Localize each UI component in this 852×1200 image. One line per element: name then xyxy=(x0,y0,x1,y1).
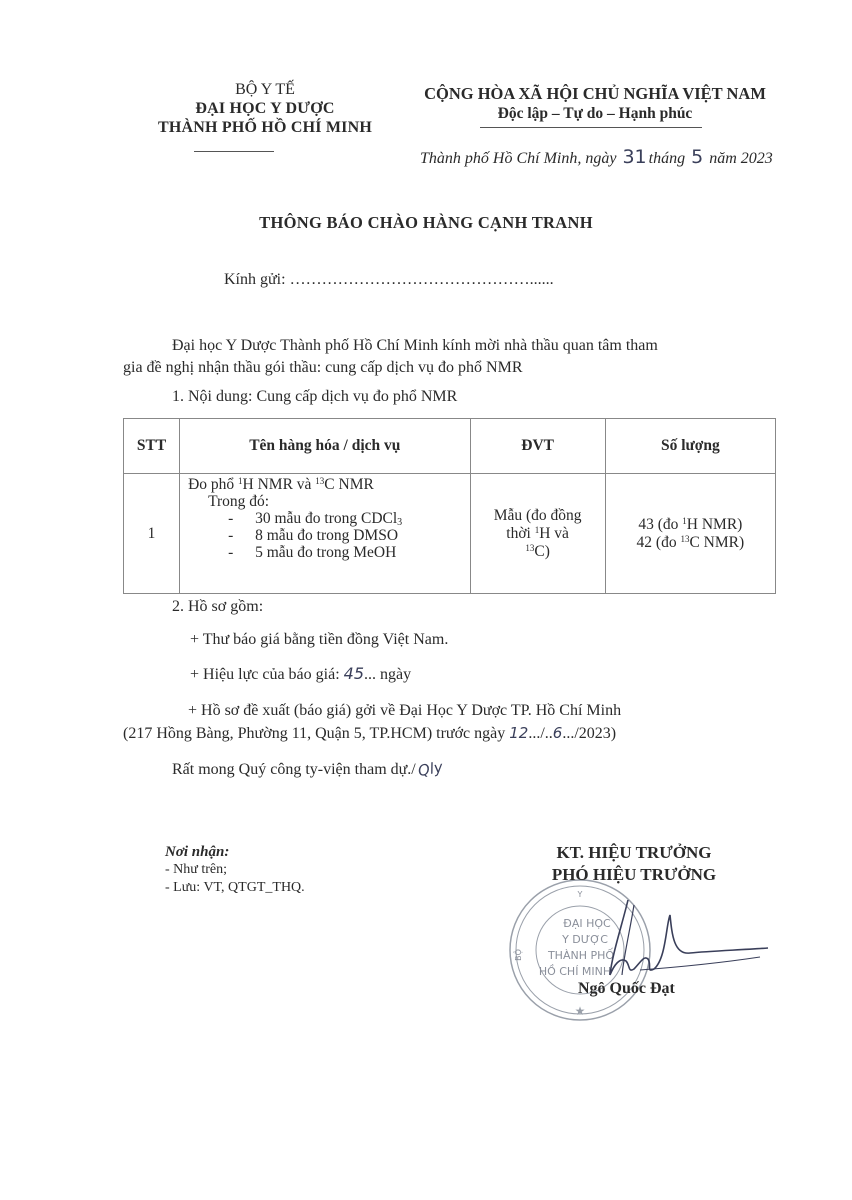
svg-text:BỘ: BỘ xyxy=(512,949,523,961)
cell-stt: 1 xyxy=(124,474,180,594)
nation-motto: Độc lập – Tự do – Hạnh phúc xyxy=(385,104,805,124)
requirement-item-2: + Hiệu lực của báo giá: 45... ngày xyxy=(190,663,411,686)
ministry-name: BỘ Y TẾ xyxy=(110,80,420,99)
item-title: Đo phổ 1H NMR và 13C NMR xyxy=(188,476,469,493)
header-item-name: Tên hàng hóa / dịch vụ xyxy=(180,419,470,474)
table-header-row: STT Tên hàng hóa / dịch vụ ĐVT Số lượng xyxy=(124,419,776,474)
requirement-item-3-address: (217 Hồng Bàng, Phường 11, Quận 5, TP.HC… xyxy=(123,722,616,745)
signer-title-1: KT. HIỆU TRƯỞNG xyxy=(500,842,768,864)
list-item: -5 mẫu đo trong MeOH xyxy=(188,544,469,561)
signature-block: KT. HIỆU TRƯỞNG PHÓ HIỆU TRƯỞNG xyxy=(500,842,768,886)
svg-text:★: ★ xyxy=(575,1004,586,1018)
validity-days-handwritten: 45 xyxy=(344,664,364,683)
date-month-handwritten: 5 xyxy=(689,146,705,168)
requirement-item-3: + Hồ sơ đề xuất (báo giá) gởi về Đại Học… xyxy=(188,700,621,722)
signer-name: Ngô Quốc Đạt xyxy=(578,980,675,998)
requirement-item-1: + Thư báo giá bằng tiền đồng Việt Nam. xyxy=(190,629,448,651)
signer-title-2: PHÓ HIỆU TRƯỞNG xyxy=(500,864,768,886)
recipient-item: - Lưu: VT, QTGT_THQ. xyxy=(165,879,305,897)
initials-handwritten: Qly xyxy=(416,756,444,782)
header-divider-left xyxy=(194,151,274,152)
recipient-item: - Như trên; xyxy=(165,861,305,879)
item-subtitle: Trong đó: xyxy=(188,493,469,510)
cell-item-name: Đo phổ 1H NMR và 13C NMR Trong đó: -30 m… xyxy=(180,474,470,594)
nation-title: CỘNG HÒA XÃ HỘI CHỦ NGHĨA VIỆT NAM xyxy=(385,84,805,104)
header-unit: ĐVT xyxy=(470,419,605,474)
closing-line: Rất mong Quý công ty-viện tham dự./Qly xyxy=(172,758,443,781)
deadline-day-handwritten: 12 xyxy=(509,724,528,742)
section-2-heading: 2. Hồ sơ gồm: xyxy=(172,596,263,618)
intro-line-1: Đại học Y Dược Thành phố Hồ Chí Minh kín… xyxy=(172,335,658,357)
list-item: -30 mẫu đo trong CDCl3 xyxy=(188,510,469,527)
header-quantity: Số lượng xyxy=(605,419,775,474)
header-stt: STT xyxy=(124,419,180,474)
section-1-heading: 1. Nội dung: Cung cấp dịch vụ đo phổ NMR xyxy=(172,386,457,408)
items-table: STT Tên hàng hóa / dịch vụ ĐVT Số lượng … xyxy=(123,418,776,594)
recipients-title: Nơi nhận: xyxy=(165,843,305,861)
recipients-block: Nơi nhận: - Như trên; - Lưu: VT, QTGT_TH… xyxy=(165,843,305,897)
cell-unit: Mẫu (đo đồng thời 1H và 13C) xyxy=(470,474,605,594)
cell-quantity: 43 (đo 1H NMR) 42 (đo 13C NMR) xyxy=(605,474,775,594)
date-prefix: Thành phố Hồ Chí Minh, ngày xyxy=(420,150,616,167)
table-row: 1 Đo phổ 1H NMR và 13C NMR Trong đó: -30… xyxy=(124,474,776,594)
year-label: năm 2023 xyxy=(709,150,773,167)
date-line: Thành phố Hồ Chí Minh, ngày 31tháng 5 nă… xyxy=(420,146,773,168)
header-divider-right xyxy=(480,127,702,128)
deadline-month-handwritten: 6 xyxy=(553,724,563,742)
svg-text:Y: Y xyxy=(577,890,583,899)
organization-header: BỘ Y TẾ ĐẠI HỌC Y DƯỢC THÀNH PHỐ HỒ CHÍ … xyxy=(110,80,420,137)
city-name: THÀNH PHỐ HỒ CHÍ MINH xyxy=(110,118,420,137)
university-name: ĐẠI HỌC Y DƯỢC xyxy=(110,99,420,118)
intro-line-2: gia đề nghị nhận thầu gói thầu: cung cấp… xyxy=(123,357,522,379)
recipient-line: Kính gửi: ………………………………………...... xyxy=(224,271,554,289)
list-item: -8 mẫu đo trong DMSO xyxy=(188,527,469,544)
nation-header: CỘNG HÒA XÃ HỘI CHỦ NGHĨA VIỆT NAM Độc l… xyxy=(385,84,805,124)
date-day-handwritten: 31 xyxy=(620,146,648,168)
month-label: tháng xyxy=(649,150,685,167)
document-title: THÔNG BÁO CHÀO HÀNG CẠNH TRANH xyxy=(0,213,852,233)
